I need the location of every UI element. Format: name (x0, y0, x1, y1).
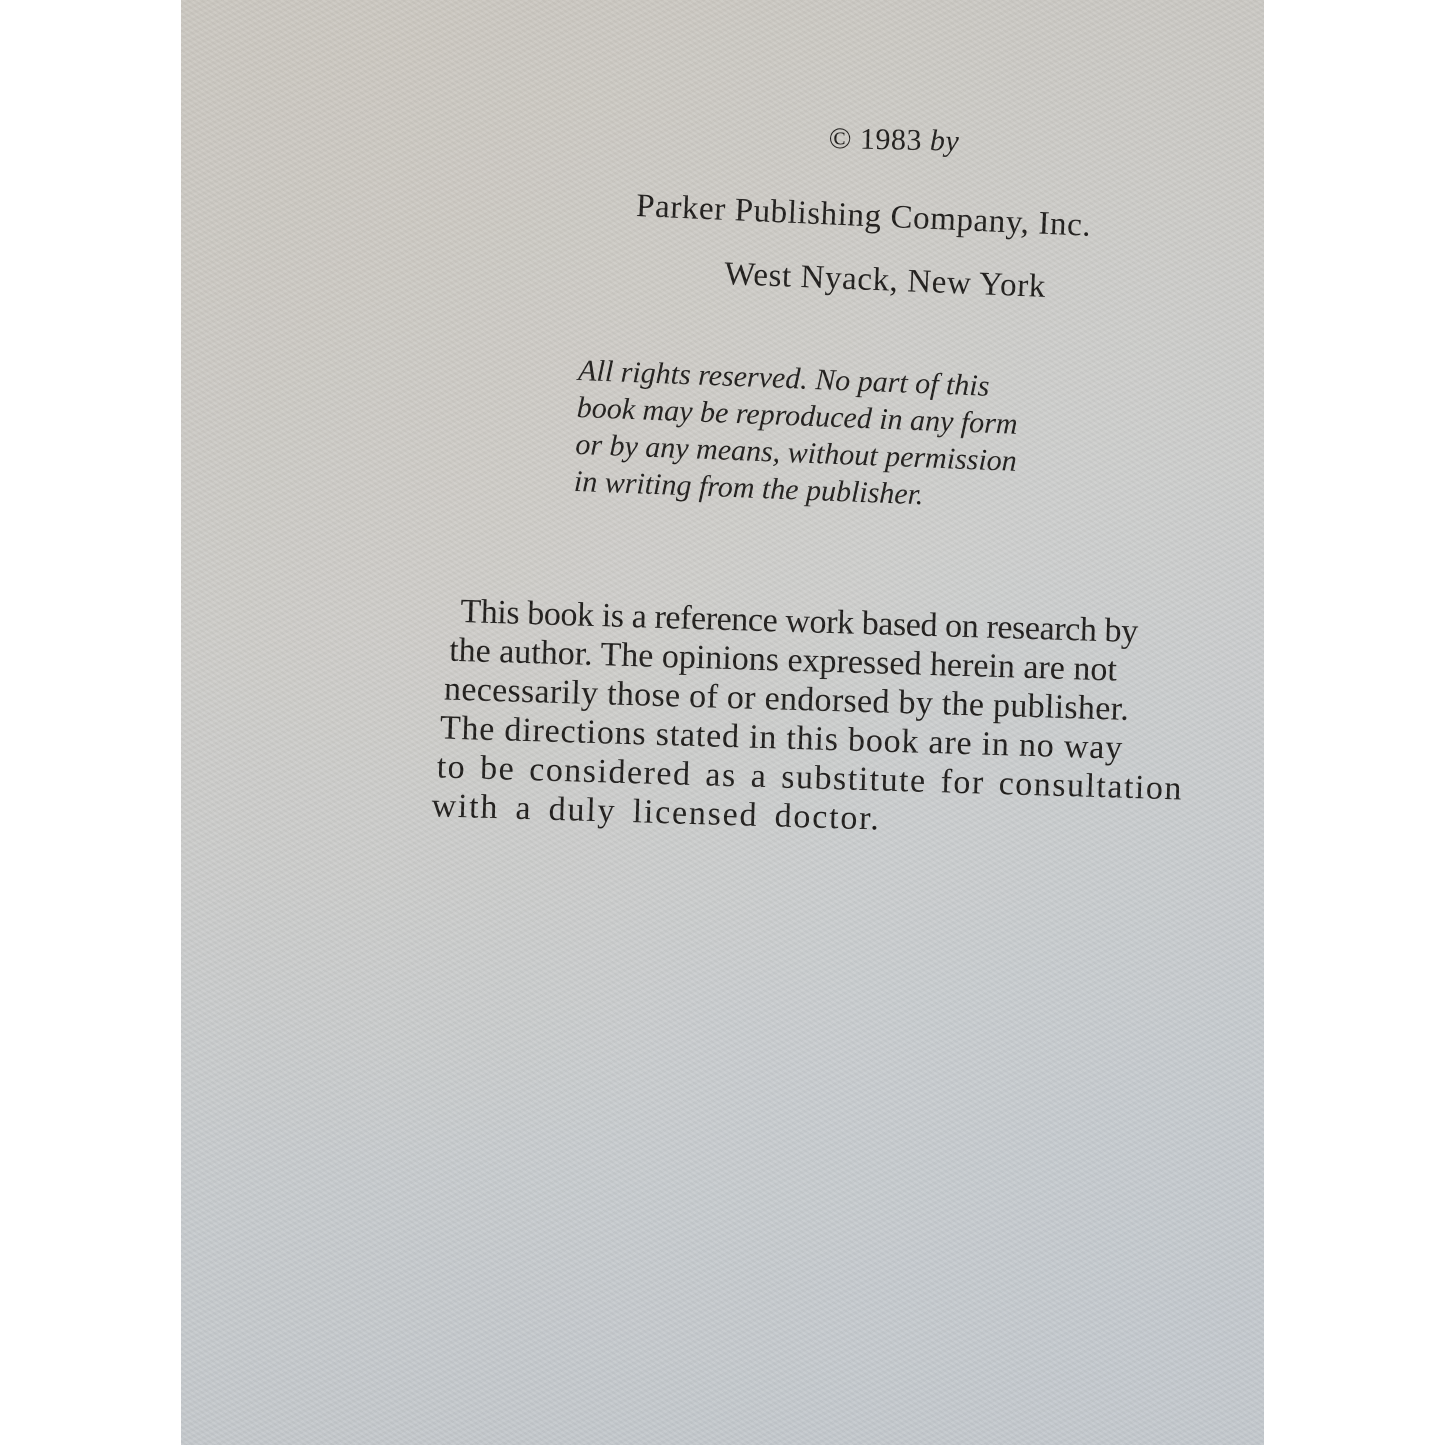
rights-notice: All rights reserved. No part of this boo… (573, 352, 1020, 517)
disclaimer-paragraph: This book is a reference work based on r… (454, 592, 1188, 847)
copyright-by: by (930, 124, 960, 158)
publisher-name: Parker Publishing Company, Inc. (635, 188, 1092, 245)
book-page-photo: © 1983 by Parker Publishing Company, Inc… (181, 0, 1264, 1445)
publisher-location: West Nyack, New York (724, 256, 1047, 306)
copyright-line: © 1983 by (828, 122, 959, 159)
copyright-year: © 1983 (828, 122, 922, 157)
